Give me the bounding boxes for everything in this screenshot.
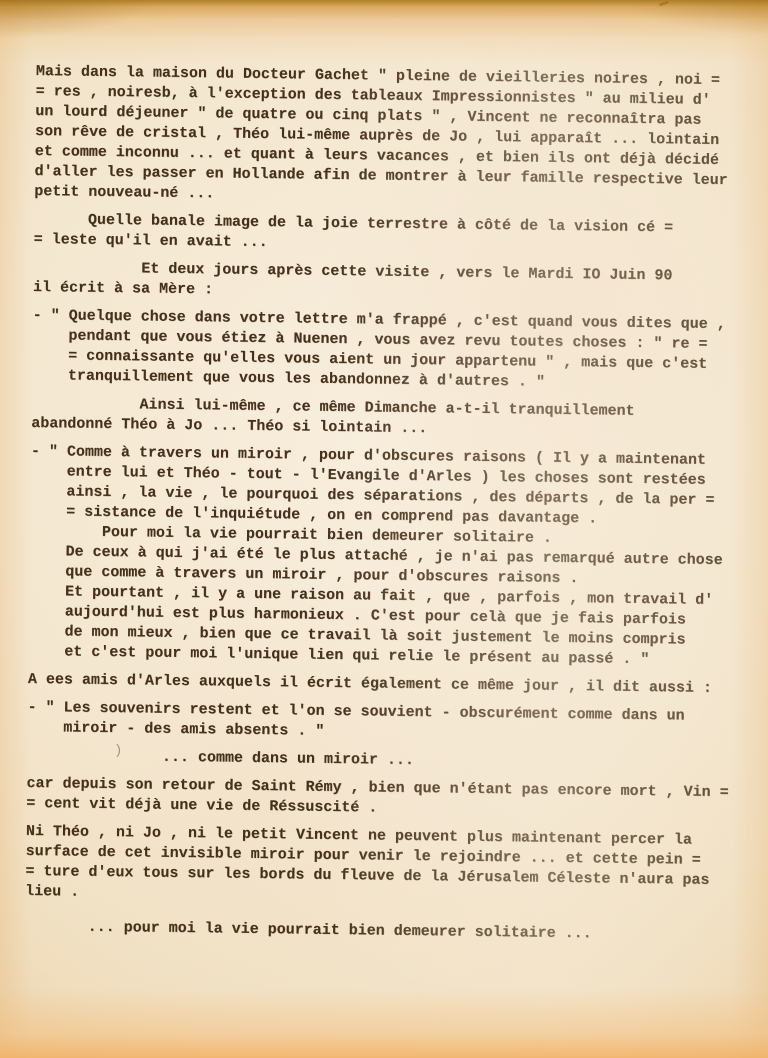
paragraph-ainsi-lui-meme: Ainsi lui-même , ce même Dimanche a-t-il… xyxy=(31,394,753,443)
paragraph-amis-arles: A ees amis d'Arles auxquels il écrit éga… xyxy=(28,670,750,699)
paragraph-quote-souvenirs: - " Les souvenirs restent et l'on se sou… xyxy=(27,698,749,747)
ink-speck xyxy=(659,0,669,6)
paragraph-quote-lettre-mere: - " Quelque chose dans votre lettre m'a … xyxy=(32,306,755,395)
paragraph-comme-dans-un-miroir: ... comme dans un miroir ... xyxy=(27,746,749,775)
typewritten-page-photo: Mais dans la maison du Docteur Gachet " … xyxy=(0,0,768,1058)
page-text-block: Mais dans la maison du Docteur Gachet " … xyxy=(24,62,757,954)
paragraph-banale-image: Quelle banale image de la joie terrestre… xyxy=(34,210,756,259)
paragraph-saint-remy: car depuis son retour de Saint Rémy , bi… xyxy=(26,774,748,823)
paragraph-letter-intro: Et deux jours après cette visite , vers … xyxy=(33,258,755,307)
paragraph-ni-theo-ni-jo: Ni Théo , ni Jo , ni le petit Vincent ne… xyxy=(25,822,748,911)
paragraph-gachet-house: Mais dans la maison du Docteur Gachet " … xyxy=(34,62,758,211)
stray-typed-mark: ) xyxy=(114,744,122,758)
paragraph-closing-line: ... pour moi la vie pourrait bien demeur… xyxy=(25,917,747,946)
paragraph-quote-miroir: - " Comme à travers un miroir , pour d'o… xyxy=(28,442,753,671)
